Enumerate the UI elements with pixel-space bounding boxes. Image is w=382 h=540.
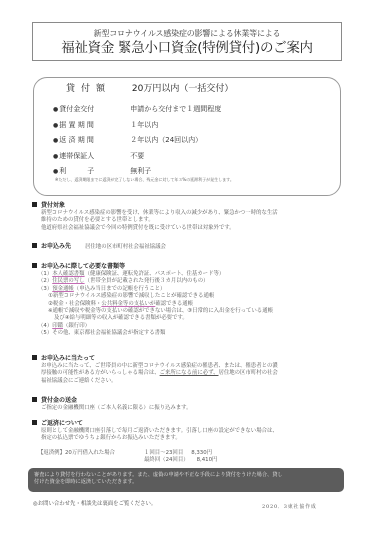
issue-date: 2020．3東社協作成 [262,503,317,511]
document-sub-item: ①新型コロナウイルス感染症の影響で減収したことが確認できる通帳 [32,293,352,300]
square-bullet-icon [32,420,37,425]
detail-row-repayment-period: ●返 済 期 間２年以内（24回以内） [53,133,221,149]
contact-note: ◎お問い合わせ先・相談先は裏面をご覧ください。 [33,500,156,508]
document-item: （5）その他、東京都社会福祉協議会が指定する書類 [32,330,352,337]
bullet-icon: ● [53,137,58,144]
repayment-example-label: 【返済例】20万円借入れた場合 [38,450,144,457]
loan-amount-row: 貸付額 20万円以内（一括交付） [66,82,233,96]
loan-amount-label: 貸付額 [66,82,129,96]
square-bullet-icon [32,263,37,268]
detail-row-guarantor: ●連帯保証人不要 [53,149,221,165]
section-apply-to: お申込み先居住地の区市町村社会福祉協議会 [32,242,352,252]
apply-to-value: 居住地の区市町村社会福祉協議会 [85,244,166,250]
square-bullet-icon [32,397,37,402]
section-heading: お申込みに際して必要な書類等 [41,263,125,270]
section-documents: お申込みに際して必要な書類等 （1）本人確認書類（健康保険証、運転免許証、パスポ… [32,262,352,338]
bullet-icon: ● [53,106,58,113]
title-subtitle: 新型コロナウイルス感染症の影響による休業等による [33,28,341,39]
repayment-example: 【返済例】20万円借入れた場合１回目〜23回目8,330円 最終回（24回目）8… [38,450,217,464]
section-heading: ご返済について [41,420,83,427]
title-box: 新型コロナウイルス感染症の影響による休業等による 福祉資金 緊急小口資金(特例貸… [32,22,342,61]
document-item: （2）住民票の写し（世帯全員が記載された発行後３カ月以内のもの） [32,278,352,285]
loan-amount-value: 20万円以内（一括交付） [132,82,233,96]
loan-details: ●貸付金交付申請から交付まで１週間程度 ●据 置 期 間１年以内 ●返 済 期 … [53,102,221,180]
section-eligibility: 貸付対象 新型コロナウイルス感染症の影響を受け、休業等により収入の減少があり、緊… [32,201,352,232]
bullet-icon: ● [53,122,58,129]
square-bullet-icon [32,202,37,207]
square-bullet-icon [32,355,37,360]
section-repayment: ご返済について 原則として金融機関口座引落しで毎月ご返済いただきます。引落し口座… [32,419,352,443]
interest-note: ※ただし、返済期限までに返済が完了しない場合、残元金に対して年３%の延滞利子が発… [55,177,234,183]
section-when-applying: お申込みに当たって お申込みに当たって、ご世帯員の中に新型コロナウイルス感染症の… [32,354,352,385]
document-sub-item: ②税金・社会保険料・公共料金等の支払いが確認できる通帳 [32,301,352,308]
square-bullet-icon [32,243,37,248]
warning-box: 審査により貸付を行わないことがあります。また、虚偽の申請や不正な手段により貸付を… [28,468,344,492]
loan-summary-box: 貸付額 20万円以内（一括交付） ●貸付金交付申請から交付まで１週間程度 ●据 … [33,77,341,196]
detail-row-grace-period: ●据 置 期 間１年以内 [53,118,221,134]
bullet-icon: ● [53,168,58,175]
section-heading: 貸付金の送金 [41,397,77,404]
section-remittance: 貸付金の送金 ご指定の金融機関口座（ご本人名義に限る）に振り込みます。 [32,396,352,412]
section-heading: 貸付対象 [41,202,65,209]
detail-row-disbursement: ●貸付金交付申請から交付まで１週間程度 [53,102,221,118]
bullet-icon: ● [53,153,58,160]
section-heading: お申込みに当たって [41,355,95,362]
document-note: 及び④給与明細等の収入が確認できる書類が必要です。 [32,315,352,322]
section-heading: お申込み先 [41,243,71,250]
page-title: 福祉資金 緊急小口資金(特例貸付)のご案内 [33,39,341,57]
